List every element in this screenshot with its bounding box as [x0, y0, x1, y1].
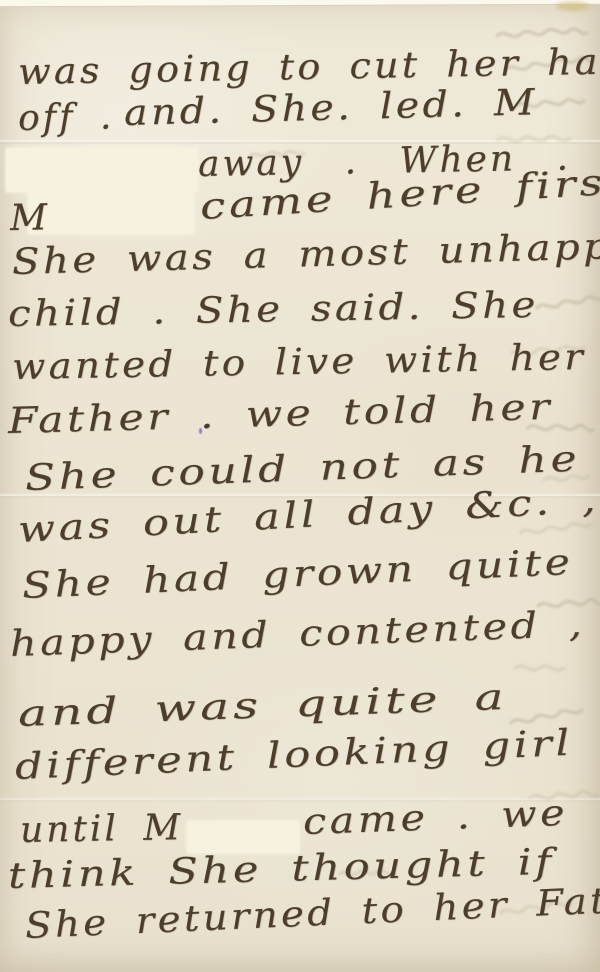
ink-speck: [199, 428, 202, 434]
letter-line: M: [10, 197, 51, 239]
letter-scan-page: was going to cut her hair off . and. She…: [0, 0, 600, 972]
redaction-box: [28, 192, 194, 234]
redaction-box: [6, 148, 198, 192]
letter-line: off .: [18, 96, 115, 139]
letter-line: until M: [20, 807, 184, 851]
